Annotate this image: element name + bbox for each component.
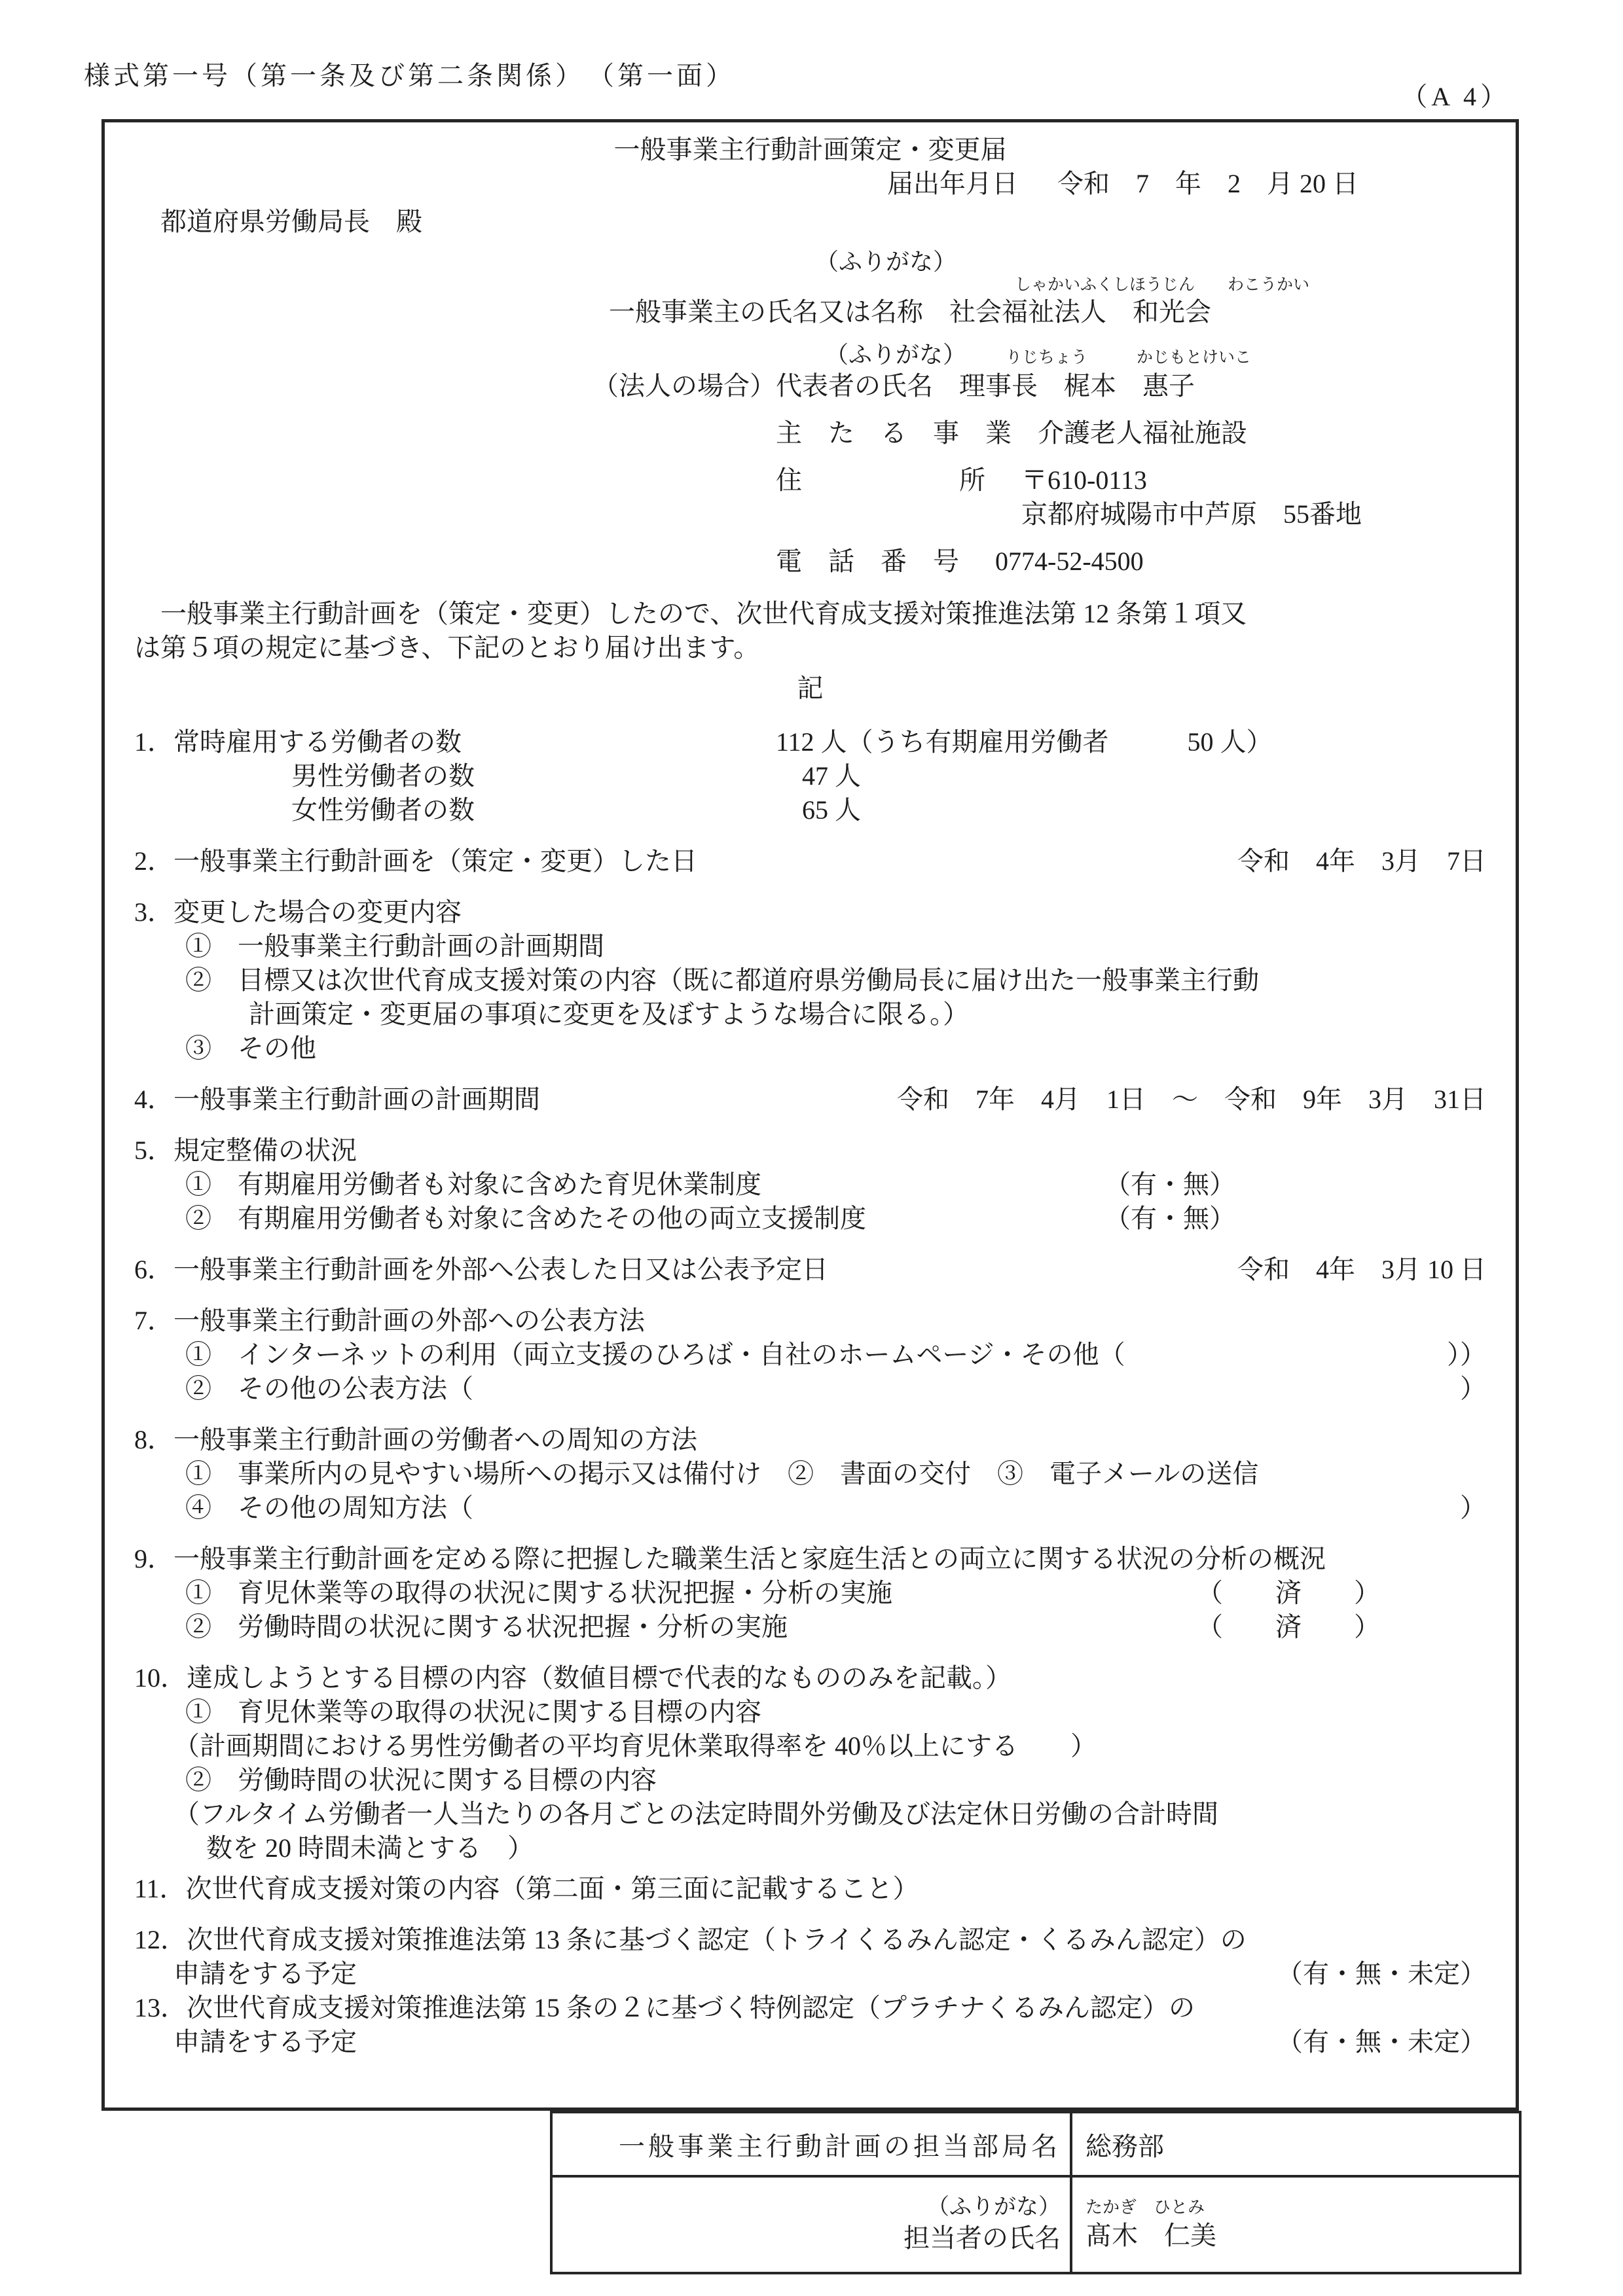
item-8-sub-1: ① 事業所内の見やすい場所への掲示又は備付け ② 書面の交付 ③ 電子メールの送… [185,1457,1486,1491]
item-13-line-1: 13．次世代育成支援対策推進法第 15 条の２に基づく特例認定（プラチナくるみん… [134,1991,1486,2025]
item-10-note-1: （計画期間における男性労働者の平均育児休業取得率を 40％以上にする ） [173,1729,1486,1763]
item-1-female-row: 女性労働者の数 65 人 [134,793,1486,827]
rep-name-value: 理事長 梶本 惠子 [959,369,1195,403]
submission-date-value: 令和 7 年 2 月 20 日 [1057,167,1359,201]
rep-name-label: （法人の場合）代表者の氏名 [593,371,933,401]
employer-furigana-label: （ふりがな） [815,248,1486,276]
dept-row: 一般事業主行動計画の担当部局名 総務部 [551,2112,1520,2176]
item-7-sub-1: ① インターネットの利用（両立支援のひろば・自社のホームページ・その他（）） [134,1338,1486,1372]
item-12-value: （有・無・未定） [1277,1957,1486,1991]
item-3-sub-2-line-2: 計画策定・変更届の事項に変更を及ぼすような場合に限る。） [249,997,1486,1031]
item-13-value: （有・無・未定） [1277,2025,1486,2059]
item-9-sub-1: ① 育児休業等の取得の状況に関する状況把握・分析の実施（ 済 ） [134,1576,1486,1610]
item-6-row: 6．一般事業主行動計画を外部へ公表した日又は公表予定日令和 4年 3月 10 日 [134,1253,1486,1287]
item-3-sub-1: ① 一般事業主行動計画の計画期間 [185,929,1486,963]
item-9-sub-2-label: ② 労働時間の状況に関する状況把握・分析の実施 [185,1610,1197,1644]
item-10-label: 10．達成しようとする目標の内容（数値目標で代表的なもののみを記載。） [134,1661,1486,1695]
item-1-male-row: 男性労働者の数 47 人 [134,759,1486,793]
item-8-sub-2: ④ その他の周知方法（） [134,1491,1486,1525]
item-12-line-2: 申請をする予定（有・無・未定） [134,1957,1486,1991]
main-business-label: 主 た る 事 業 [776,418,1012,448]
item-10-sub-1: ① 育児休業等の取得の状況に関する目標の内容 [185,1695,1486,1729]
item-9-sub-1-label: ① 育児休業等の取得の状況に関する状況把握・分析の実施 [185,1576,1197,1610]
contact-furigana-value: たかぎ ひとみ [1085,2197,1514,2219]
item-7-sub-2: ② その他の公表方法（） [134,1372,1486,1406]
paper-size-label: （A 4） [1401,76,1510,113]
item-8-sub-2-label: ④ その他の周知方法（ [185,1491,473,1525]
contact-furigana-label: （ふりがな） [559,2194,1061,2221]
dept-label: 一般事業主行動計画の担当部局名 [551,2112,1071,2176]
item-3-label: 3．変更した場合の変更内容 [134,895,1486,929]
phone-line: 電 話 番 号0774-52-4500 [776,545,1486,579]
item-7-sub-1-close: ）） [1447,1338,1486,1372]
address-line: 住 所〒610-0113 [776,463,1486,497]
item-2-label: 2．一般事業主行動計画を（策定・変更）した日 [134,844,697,878]
dept-value: 総務部 [1071,2112,1520,2176]
contact-name-value: 髙木 仁美 [1085,2219,1514,2253]
item-1-female-label: 女性労働者の数 [134,793,776,827]
item-11-label: 11．次世代育成支援対策の内容（第二面・第三面に記載すること） [134,1872,1486,1906]
main-business-value: 介護老人福祉施設 [1038,416,1247,450]
submission-date-line: 届出年月日令和 7 年 2 月 20 日 [887,167,1486,201]
ki-heading: 記 [134,672,1486,706]
form-title: 一般事業主行動計画策定・変更届 [134,133,1486,167]
postal-code: 〒610-0113 [1021,463,1147,497]
item-5-sub-1-value: （有・無） [1104,1170,1235,1199]
item-9-sub-2: ② 労働時間の状況に関する状況把握・分析の実施（ 済 ） [134,1610,1486,1644]
item-8-label: 8．一般事業主行動計画の労働者への周知の方法 [134,1423,1486,1457]
contact-row: （ふりがな） 担当者の氏名 たかぎ ひとみ 髙木 仁美 [551,2176,1520,2273]
item-1-label: 1．常時雇用する労働者の数 [134,725,776,759]
employer-name-label: 一般事業主の氏名又は名称 [609,297,923,327]
employer-name-value: 社会福祉法人 和光会 [949,295,1211,329]
item-7-label: 7．一般事業主行動計画の外部への公表方法 [134,1304,1486,1338]
item-7-sub-2-close: ） [1460,1372,1486,1406]
contact-value-cell: たかぎ ひとみ 髙木 仁美 [1071,2176,1520,2273]
phone-label: 電 話 番 号 [776,547,959,576]
item-6-label: 6．一般事業主行動計画を外部へ公表した日又は公表予定日 [134,1253,828,1287]
address-label: 住 所 [776,465,985,495]
item-4-label: 4．一般事業主行動計画の計画期間 [134,1083,540,1117]
item-5-sub-2-value: （有・無） [1104,1204,1235,1233]
footer-table: 一般事業主行動計画の担当部局名 総務部 （ふりがな） 担当者の氏名 たかぎ ひと… [550,2111,1522,2274]
contact-name-label: 担当者の氏名 [559,2221,1061,2255]
addressee-text: 都道府県労働局長 殿 [160,207,422,236]
item-9-label: 9．一般事業主行動計画を定める際に把握した職業生活と家庭生活との両立に関する状況… [134,1542,1486,1576]
address-value: 京都府城陽市中芦原 55番地 [1021,497,1486,531]
item-2-value: 令和 4年 3月 7日 [1237,844,1486,878]
item-5-sub-2: ② 有期雇用労働者も対象に含めたその他の両立支援制度（有・無） [134,1202,1486,1236]
item-10-note-2-line-2: 数を 20 時間未満とする ） [206,1831,1486,1865]
item-9-sub-1-value: （ 済 ） [1197,1578,1380,1607]
submission-date-label: 届出年月日 [887,169,1018,198]
item-1-row: 1．常時雇用する労働者の数112 人（うち有期雇用労働者 50 人） [134,725,1486,759]
rep-furigana-line: （ふりがな）りじちょう かじもとけいこ [825,338,1486,369]
form-border-box: 一般事業主行動計画策定・変更届 届出年月日令和 7 年 2 月 20 日 都道府… [101,119,1519,2111]
item-5-sub-2-label: ② 有期雇用労働者も対象に含めたその他の両立支援制度 [185,1202,1104,1236]
rep-furigana: りじちょう かじもとけいこ [1006,348,1251,368]
item-6-value: 令和 4年 3月 10 日 [1237,1253,1486,1287]
item-12-line-1: 12．次世代育成支援対策推進法第 13 条に基づく認定（トライくるみん認定・くる… [134,1923,1486,1957]
employer-furigana: しゃかいふくしほうじん わこうかい [1015,276,1486,295]
item-10-note-2-line-1: （フルタイム労働者一人当たりの各月ごとの法定時間外労働及び法定休日労働の合計時間 [173,1797,1486,1831]
phone-value: 0774-52-4500 [995,545,1144,579]
item-5-label: 5．規定整備の状況 [134,1134,1486,1168]
item-13-line-2: 申請をする予定（有・無・未定） [134,2025,1486,2059]
item-4-value: 令和 7年 4月 1日 ～ 令和 9年 3月 31日 [897,1083,1486,1117]
item-8-sub-2-close: ） [1460,1491,1486,1525]
item-1-female-value: 65 人 [776,795,861,825]
item-4-row: 4．一般事業主行動計画の計画期間令和 7年 4月 1日 ～ 令和 9年 3月 3… [134,1083,1486,1117]
item-13-label-2: 申請をする予定 [173,2025,357,2059]
item-3-sub-2-line-1: ② 目標又は次世代育成支援対策の内容（既に都道府県労働局長に届け出た一般事業主行… [185,963,1486,997]
intro-line-1: 一般事業主行動計画を（策定・変更）したので、次世代育成支援対策推進法第 12 条… [134,597,1486,631]
item-5-sub-1-label: ① 有期雇用労働者も対象に含めた育児休業制度 [185,1168,1104,1202]
intro-line-2: は第５項の規定に基づき、下記のとおり届け出ます。 [134,631,1486,665]
item-1-value: 112 人（うち有期雇用労働者 50 人） [776,727,1273,757]
item-2-row: 2．一般事業主行動計画を（策定・変更）した日令和 4年 3月 7日 [134,844,1486,878]
item-12-label-2: 申請をする予定 [173,1957,357,1991]
item-7-sub-2-label: ② その他の公表方法（ [185,1372,473,1406]
rep-furigana-label: （ふりがな） [825,342,966,368]
item-10-sub-2: ② 労働時間の状況に関する目標の内容 [185,1763,1486,1797]
addressee: 都道府県労働局長 殿 [134,205,1486,239]
item-1-male-label: 男性労働者の数 [134,759,776,793]
employer-name-line: 一般事業主の氏名又は名称社会福祉法人 和光会 [609,295,1486,329]
item-5-sub-1: ① 有期雇用労働者も対象に含めた育児休業制度（有・無） [134,1168,1486,1202]
rep-name-line: （法人の場合）代表者の氏名理事長 梶本 惠子 [593,369,1486,403]
form-code: 様式第一号（第一条及び第二条関係） （第一面） [84,55,735,92]
contact-label-cell: （ふりがな） 担当者の氏名 [551,2176,1071,2273]
main-business-line: 主 た る 事 業介護老人福祉施設 [776,416,1486,450]
item-3-sub-3: ③ その他 [185,1031,1486,1066]
item-1-male-value: 47 人 [776,761,861,791]
item-9-sub-2-value: （ 済 ） [1197,1612,1380,1641]
item-7-sub-1-label: ① インターネットの利用（両立支援のひろば・自社のホームページ・その他（ [185,1338,1125,1372]
